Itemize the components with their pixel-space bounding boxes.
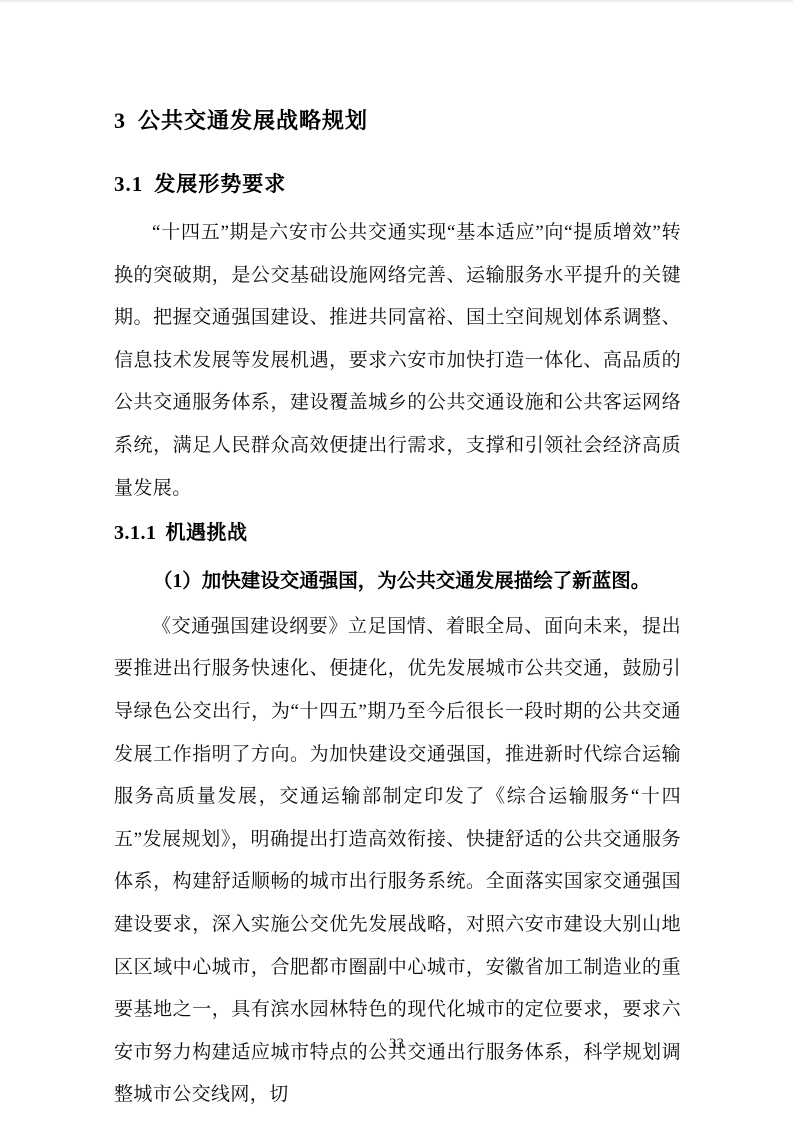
page-number: 33 — [0, 1036, 793, 1053]
section-title: 发展形势要求 — [154, 172, 286, 196]
paragraph-1: “十四五”期是六安市公共交通实现“基本适应”向“提质增效”转换的突破期，是公交基… — [114, 212, 681, 510]
chapter-title: 公共交通发展战略规划 — [138, 108, 368, 133]
section-heading: 3.1发展形势要求 — [114, 170, 681, 198]
chapter-number: 3 — [114, 108, 126, 133]
document-content: 3公共交通发展战略规划 3.1发展形势要求 “十四五”期是六安市公共交通实现“基… — [0, 2, 793, 1117]
document-page: 3公共交通发展战略规划 3.1发展形势要求 “十四五”期是六安市公共交通实现“基… — [0, 0, 793, 1122]
chapter-heading: 3公共交通发展战略规划 — [114, 106, 681, 136]
subsection-number: 3.1.1 — [114, 522, 157, 544]
item-1-heading: （1）加快建设交通强国，为公共交通发展描绘了新蓝图。 — [114, 561, 681, 604]
section-number: 3.1 — [114, 172, 143, 196]
subsection-title: 机遇挑战 — [166, 522, 248, 544]
subsection-heading: 3.1.1机遇挑战 — [114, 520, 681, 547]
